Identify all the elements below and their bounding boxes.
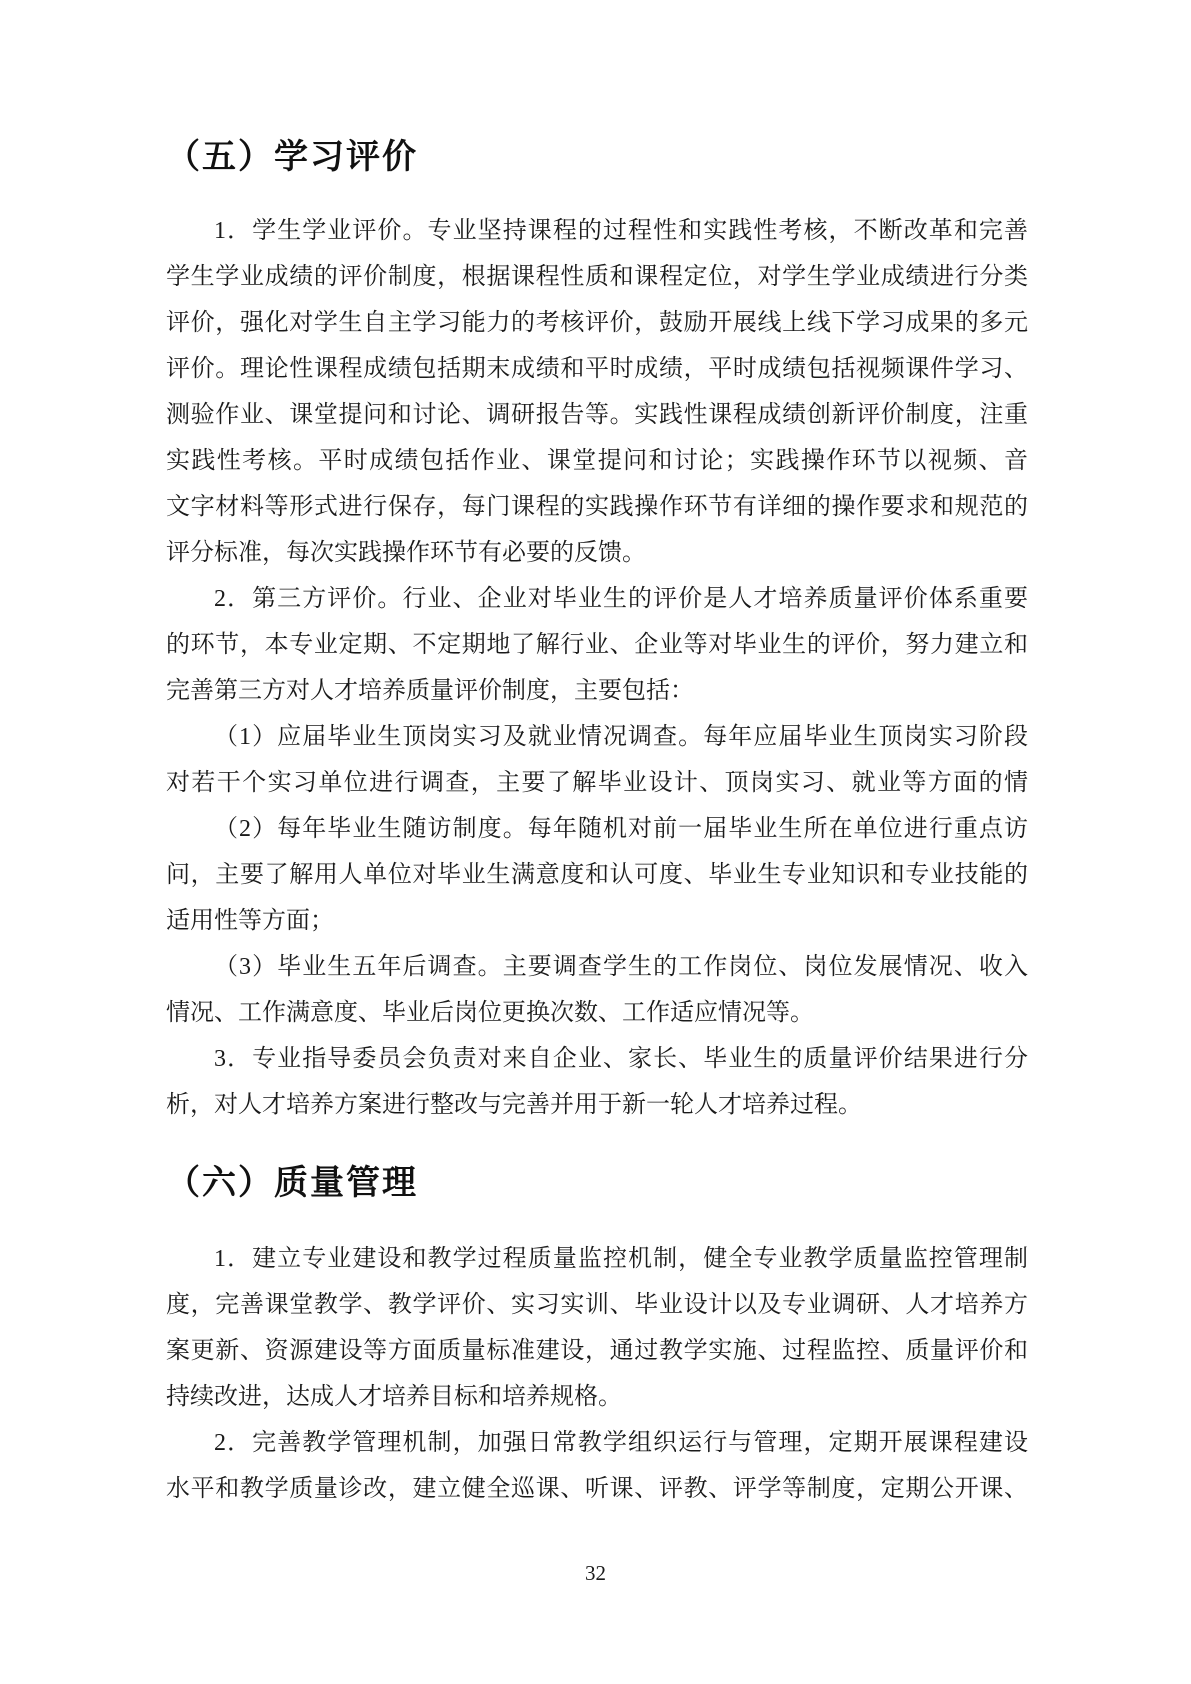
paragraph: 2．完善教学管理机制，加强日常教学组织运行与管理，定期开展课程建设水平和教学质量…: [166, 1420, 1028, 1512]
document-content: （五）学习评价1．学生学业评价。专业坚持课程的过程性和实践性考核，不断改革和完善…: [166, 132, 1028, 1512]
text-line: 2．完善教学管理机制，加强日常教学组织运行与管理，定期开展课程建设: [166, 1420, 1028, 1466]
text-line: 3．专业指导委员会负责对来自企业、家长、毕业生的质量评价结果进行分: [166, 1036, 1028, 1082]
paragraph: （2）每年毕业生随访制度。每年随机对前一届毕业生所在单位进行重点访问，主要了解用…: [166, 806, 1028, 944]
paragraph: 3．专业指导委员会负责对来自企业、家长、毕业生的质量评价结果进行分析，对人才培养…: [166, 1036, 1028, 1128]
text-line: 完善第三方对人才培养质量评价制度，主要包括：: [166, 668, 1028, 714]
text-line: 问，主要了解用人单位对毕业生满意度和认可度、毕业生专业知识和专业技能的: [166, 852, 1028, 898]
text-line: （1）应届毕业生顶岗实习及就业情况调查。每年应届毕业生顶岗实习阶段: [166, 714, 1028, 760]
text-line: 情况、工作满意度、毕业后岗位更换次数、工作适应情况等。: [166, 990, 1028, 1036]
text-line: 案更新、资源建设等方面质量标准建设，通过教学实施、过程监控、质量评价和: [166, 1328, 1028, 1374]
text-line: （2）每年毕业生随访制度。每年随机对前一届毕业生所在单位进行重点访: [166, 806, 1028, 852]
section-heading: （五）学习评价: [166, 132, 1028, 182]
text-line: （3）毕业生五年后调查。主要调查学生的工作岗位、岗位发展情况、收入: [166, 944, 1028, 990]
document-page: （五）学习评价1．学生学业评价。专业坚持课程的过程性和实践性考核，不断改革和完善…: [0, 0, 1191, 1684]
page-number: 32: [0, 1558, 1191, 1588]
text-line: 1．学生学业评价。专业坚持课程的过程性和实践性考核，不断改革和完善: [166, 208, 1028, 254]
text-line: 评价。理论性课程成绩包括期末成绩和平时成绩，平时成绩包括视频课件学习、: [166, 346, 1028, 392]
text-line: 析，对人才培养方案进行整改与完善并用于新一轮人才培养过程。: [166, 1082, 1028, 1128]
text-line: 评分标准，每次实践操作环节有必要的反馈。: [166, 530, 1028, 576]
text-line: 的环节，本专业定期、不定期地了解行业、企业等对毕业生的评价，努力建立和: [166, 622, 1028, 668]
text-line: 水平和教学质量诊改，建立健全巡课、听课、评教、评学等制度，定期公开课、: [166, 1466, 1028, 1512]
text-line: 测验作业、课堂提问和讨论、调研报告等。实践性课程成绩创新评价制度，注重: [166, 392, 1028, 438]
paragraph: 1．学生学业评价。专业坚持课程的过程性和实践性考核，不断改革和完善学生学业成绩的…: [166, 208, 1028, 576]
paragraph: （1）应届毕业生顶岗实习及就业情况调查。每年应届毕业生顶岗实习阶段对若干个实习单…: [166, 714, 1028, 806]
text-line: 度，完善课堂教学、教学评价、实习实训、毕业设计以及专业调研、人才培养方: [166, 1282, 1028, 1328]
text-line: 评价，强化对学生自主学习能力的考核评价，鼓励开展线上线下学习成果的多元: [166, 300, 1028, 346]
text-line: 适用性等方面；: [166, 898, 1028, 944]
text-line: 1．建立专业建设和教学过程质量监控机制，健全专业教学质量监控管理制: [166, 1236, 1028, 1282]
text-line: 实践性考核。平时成绩包括作业、课堂提问和讨论；实践操作环节以视频、音频、: [166, 438, 1028, 484]
paragraph: （3）毕业生五年后调查。主要调查学生的工作岗位、岗位发展情况、收入情况、工作满意…: [166, 944, 1028, 1036]
paragraph: 2．第三方评价。行业、企业对毕业生的评价是人才培养质量评价体系重要的环节，本专业…: [166, 576, 1028, 714]
text-line: 对若干个实习单位进行调查，主要了解毕业设计、顶岗实习、就业等方面的情况；: [166, 760, 1028, 806]
text-line: 持续改进，达成人才培养目标和培养规格。: [166, 1374, 1028, 1420]
text-line: 2．第三方评价。行业、企业对毕业生的评价是人才培养质量评价体系重要: [166, 576, 1028, 622]
paragraph: 1．建立专业建设和教学过程质量监控机制，健全专业教学质量监控管理制度，完善课堂教…: [166, 1236, 1028, 1420]
section-heading: （六）质量管理: [166, 1158, 1028, 1208]
text-line: 学生学业成绩的评价制度，根据课程性质和课程定位，对学生学业成绩进行分类: [166, 254, 1028, 300]
text-line: 文字材料等形式进行保存，每门课程的实践操作环节有详细的操作要求和规范的: [166, 484, 1028, 530]
